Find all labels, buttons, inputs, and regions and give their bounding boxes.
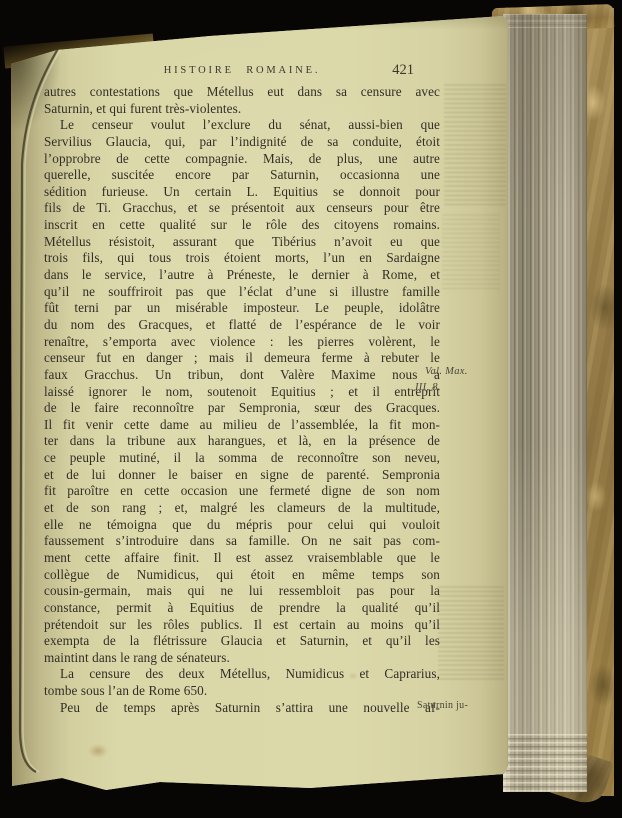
text-line: Peu de temps après Saturnin s’attira une… xyxy=(44,700,440,717)
text-line: ment cette affaire finit. Il est assez v… xyxy=(44,550,440,567)
book-photograph: HISTOIRE ROMAINE. 421 autres contestatio… xyxy=(0,0,622,818)
text-line: du nom des Gracques, et flatté de l’espé… xyxy=(44,317,440,334)
running-title: HISTOIRE ROMAINE. xyxy=(44,62,440,76)
text-line: dans le service, l’autre à Préneste, le … xyxy=(44,267,440,284)
text-line: autres contestations que Métellus eut da… xyxy=(44,84,440,101)
page-stack-bottom-edges xyxy=(503,734,587,792)
text-line: et de son rang ; et, malgré les clameurs… xyxy=(44,500,440,517)
text-line: Métellus résistoit, assurant que Tibériu… xyxy=(44,234,440,251)
text-line: fût terni par un misérable imposteur. Le… xyxy=(44,300,440,317)
page-header: HISTOIRE ROMAINE. 421 xyxy=(44,62,440,84)
book-page: HISTOIRE ROMAINE. 421 autres contestatio… xyxy=(10,14,510,794)
ink-bleedthrough xyxy=(438,586,504,682)
text-line: elle ne témoigna que du mépris pour celu… xyxy=(44,517,440,534)
text-line: Saturnin, et qui furent très-violentes. xyxy=(44,101,440,118)
text-line: faux Gracchus. Un tribun, dont Valère Ma… xyxy=(44,367,440,384)
paper-stain xyxy=(88,744,108,758)
text-line: constance, permit à Equitius de prendre … xyxy=(44,600,440,617)
text-line: cousin-germain, mais qui ne lui ressembl… xyxy=(44,583,440,600)
text-line: maintint dans le rang de sénateurs. xyxy=(44,650,440,667)
fore-edge-page-stack xyxy=(503,14,587,792)
text-line: Il fit venir cette dame au milieu de l’a… xyxy=(44,417,440,434)
text-line: et de lui donner le baiser en signe de p… xyxy=(44,467,440,484)
text-line: sédition furieuse. Un certain L. Equitiu… xyxy=(44,184,440,201)
text-line: Servilius Glaucia, qui, par l’indignité … xyxy=(44,134,440,151)
ink-bleedthrough xyxy=(444,84,506,206)
text-line: ter dans la tribune aux harangues, et là… xyxy=(44,433,440,450)
text-line: fit paroître en cette occasion une ferme… xyxy=(44,483,440,500)
text-line: laissé ignorer le nom, soutenoit Equitiu… xyxy=(44,384,440,401)
text-line: prétendoit sur les rôles publics. Il est… xyxy=(44,617,440,634)
text-line: fils de Ti. Gracchus, et se présentoit a… xyxy=(44,200,440,217)
text-line: inscrit en cette qualité sur le rôle des… xyxy=(44,217,440,234)
ink-bleedthrough xyxy=(442,214,500,292)
text-line: exempta de la flétrissure Glaucia et Sat… xyxy=(44,633,440,650)
margin-note-citation-ref: III, 8. xyxy=(415,382,441,393)
text-line: querelle, suscitée encore par Saturnin, … xyxy=(44,167,440,184)
text-line: tombe sous l’an de Rome 650. xyxy=(44,683,440,700)
margin-note-citation: Val. Max. xyxy=(425,366,468,377)
margin-note-side: Saturnin ju- xyxy=(417,700,468,711)
text-line: qu’il ne souffriroit pas que l’éclat d’u… xyxy=(44,284,440,301)
text-line: renaître, s’emporta avec violence : les … xyxy=(44,334,440,351)
text-line: Le censeur voulut l’exclure du sénat, au… xyxy=(44,117,440,134)
text-line: de le faire reconnoître par Sempronia, s… xyxy=(44,400,440,417)
text-line: faussement s’introduire dans sa famille.… xyxy=(44,533,440,550)
printed-text-block: HISTOIRE ROMAINE. 421 autres contestatio… xyxy=(44,62,440,716)
text-line: La censure des deux Métellus, Numidicus … xyxy=(44,666,440,683)
page-number: 421 xyxy=(392,62,414,79)
book-cover-edge xyxy=(584,8,614,796)
text-line: l’opprobre de cette compagnie. Mais, de … xyxy=(44,151,440,168)
text-line: collègue de Numidicus, qui étoit en même… xyxy=(44,567,440,584)
page-stack-top-edges xyxy=(503,14,587,30)
page-text: autres contestations que Métellus eut da… xyxy=(44,84,440,716)
text-line: trois fils, qui tous trois étoient morts… xyxy=(44,250,440,267)
text-line: censeur fut en danger ; mais il demeura … xyxy=(44,350,440,367)
text-line: ce peuple mutiné, il la somma de reconno… xyxy=(44,450,440,467)
